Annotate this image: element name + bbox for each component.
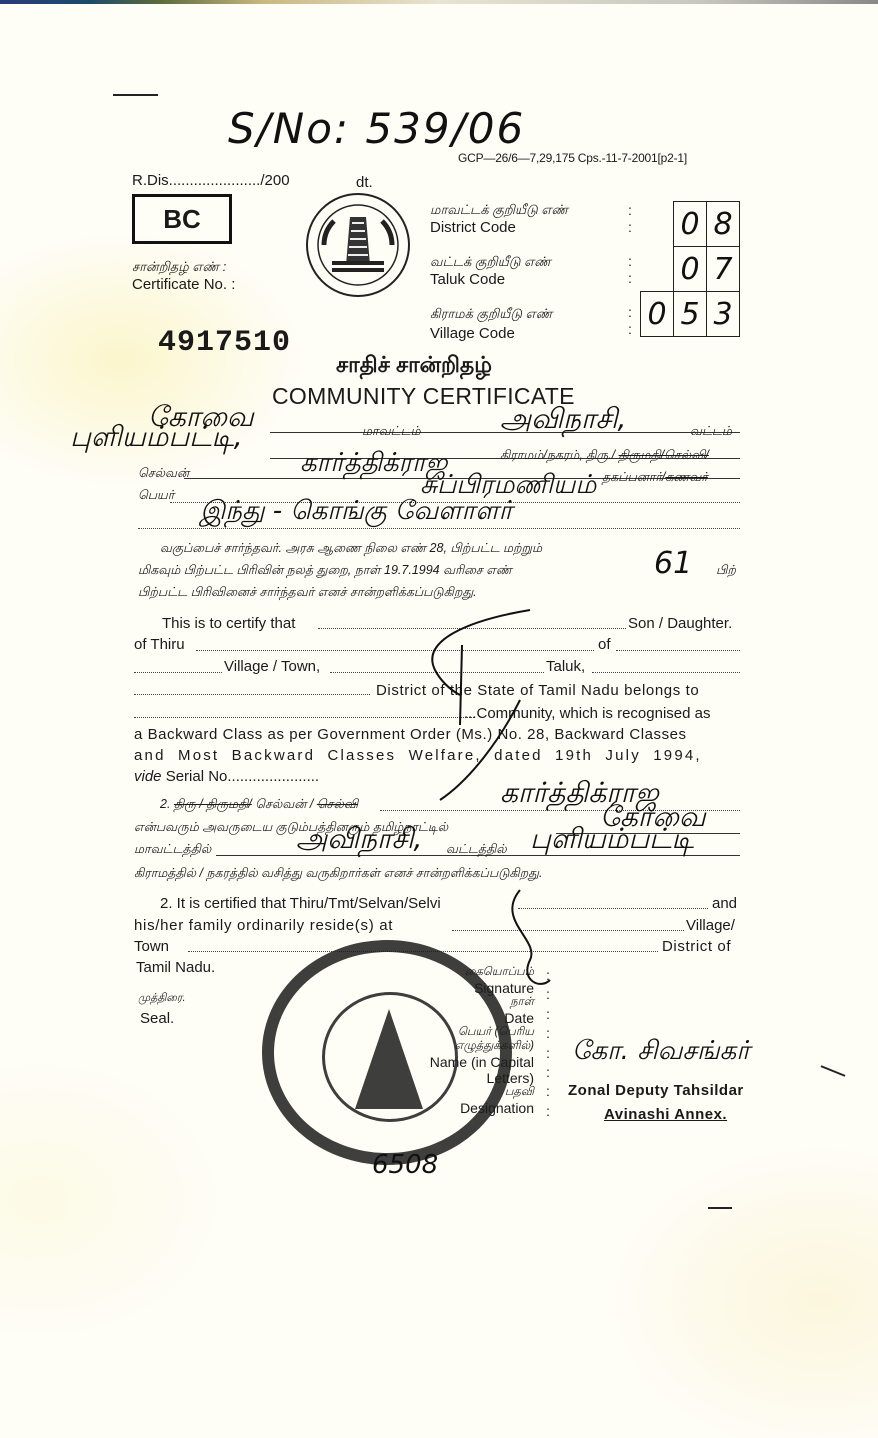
- residence-num: 2.: [160, 797, 170, 811]
- seal-label-ta: முத்திரை.: [138, 992, 186, 1006]
- field-line: [134, 694, 370, 695]
- village-label-ta: கிராமம்/நகரம், திரு./ திருமதி/செல்வி/: [500, 448, 709, 464]
- title-tamil: சாதிச் சான்றிதழ்: [336, 352, 492, 381]
- code-grid: 0 8 0 7 0 5 3: [640, 201, 740, 337]
- code-colons: ::::::: [628, 202, 632, 338]
- village-label-struck: திருமதி/செல்வி/: [619, 448, 709, 462]
- serial-handwritten: 61: [654, 546, 692, 581]
- certificate-no-label-en: Certificate No. :: [132, 276, 235, 293]
- village-digit-2: 5: [674, 292, 707, 337]
- village-handwritten: புளியம்பட்டி,: [70, 420, 243, 457]
- taluk-code-label-ta: வட்டக் குறியீடு எண்: [430, 254, 551, 271]
- seal-number-handwritten: 6508: [372, 1150, 438, 1180]
- village-town-label: Village / Town,: [224, 656, 320, 677]
- residence-label: செல்வன் /: [255, 797, 313, 811]
- residence-en-line2: his/her family ordinarily reside(s) at: [134, 915, 393, 936]
- and-label: and: [712, 893, 737, 914]
- father-label-ta: தகப்பனார்/கணவர்: [602, 470, 708, 486]
- rdis-label: R.Dis....................../200: [132, 172, 290, 189]
- serial-no-line: vide Serial No......................: [134, 766, 319, 787]
- category-badge-text: BC: [163, 204, 201, 235]
- stray-mark: [708, 1207, 732, 1209]
- handwritten-reference: S/No: 539/06: [228, 104, 525, 153]
- officer-stamp-line2: Avinashi Annex.: [604, 1106, 727, 1123]
- residence-label-struck2: செல்வி: [317, 797, 358, 811]
- father-label-text: தகப்பனார்/: [602, 470, 665, 484]
- certificate-number: 4917510: [158, 326, 291, 360]
- taluk-digit-2: 7: [707, 247, 740, 292]
- residence-ta-line1: 2. திரு / திருமதி/ செல்வன் / செல்வி: [160, 797, 358, 813]
- tamil-para-line2: மிகவும் பிற்பட்ட பிரிவின் நலத் துறை, நாள…: [138, 563, 512, 579]
- district-digit-1: 0: [674, 202, 707, 247]
- tamil-para-line2-end: பிற்: [716, 563, 736, 579]
- name-label-ta: பெயர்: [138, 488, 174, 504]
- town-label: Town: [134, 936, 169, 957]
- taluk-code-label: Taluk Code: [430, 271, 505, 288]
- tamil-nadu-label: Tamil Nadu.: [136, 957, 215, 978]
- district-label-ta: மாவட்டம்: [362, 424, 421, 440]
- pen-strokes: [380, 600, 600, 1020]
- temple-emblem-icon: [355, 1009, 423, 1109]
- son-daughter-label: Son / Daughter.: [628, 613, 732, 634]
- scan-edge-strip: [0, 0, 878, 4]
- taluk-digit-1: 0: [674, 247, 707, 292]
- village-digit-3: 3: [707, 292, 740, 337]
- category-badge: BC: [132, 194, 232, 244]
- thiru-label: of Thiru: [134, 634, 185, 655]
- village-code-label-ta: கிராமக் குறியீடு எண்: [430, 306, 552, 323]
- field-line: [134, 672, 222, 673]
- field-line: [592, 672, 740, 673]
- form-code: GCP—26/6—7,29,175 Cps.-11-7-2001[p2-1]: [458, 151, 687, 165]
- certificate-no-label-ta: சான்றிதழ் எண் :: [132, 259, 226, 276]
- field-line: [616, 650, 740, 651]
- taluk-label-ta: வட்டம்: [690, 424, 732, 440]
- officer-signature: கோ. சிவசங்கர்: [572, 1036, 750, 1069]
- tamil-para-line3: பிற்பட்ட பிரிவினைச் சார்ந்தவர் எனச் சான்…: [138, 585, 477, 601]
- taluk-handwritten: அவிநாசி,: [500, 402, 626, 439]
- village-label: Village/: [686, 915, 735, 936]
- village-code-label: Village Code: [430, 325, 515, 342]
- stray-mark: [113, 94, 158, 96]
- officer-stamp-line1: Zonal Deputy Tahsildar: [568, 1082, 744, 1099]
- serial-no-text: Serial No......................: [162, 768, 320, 785]
- district-digit-2: 8: [707, 202, 740, 247]
- residence-ta-district-label: மாவட்டத்தில்: [134, 842, 211, 858]
- community-handwritten: இந்து - கொங்கு வேளாளர்: [200, 496, 512, 529]
- vide-text: vide: [134, 768, 162, 785]
- dt-label: dt.: [356, 174, 373, 191]
- district-code-label-ta: மாவட்டக் குறியீடு எண்: [430, 202, 568, 219]
- selvan-label: செல்வன்: [138, 466, 189, 482]
- village-digit-1: 0: [641, 292, 674, 337]
- stray-mark: [821, 1065, 846, 1077]
- district-of-label: District of: [662, 936, 731, 957]
- seal-label-en: Seal.: [140, 1008, 174, 1029]
- village-label-text: கிராமம்/நகரம், திரு./: [500, 448, 615, 462]
- district-code-label: District Code: [430, 219, 516, 236]
- certify-line1: This is to certify that: [162, 613, 295, 634]
- tamil-para-line1: வகுப்பைச் சார்ந்தவர். அரசு ஆணை நிலை எண் …: [160, 541, 542, 557]
- residence-label-struck: திரு / திருமதி/: [174, 797, 252, 811]
- tamil-nadu-emblem-icon: [306, 193, 410, 297]
- father-label-struck: கணவர்: [665, 470, 707, 484]
